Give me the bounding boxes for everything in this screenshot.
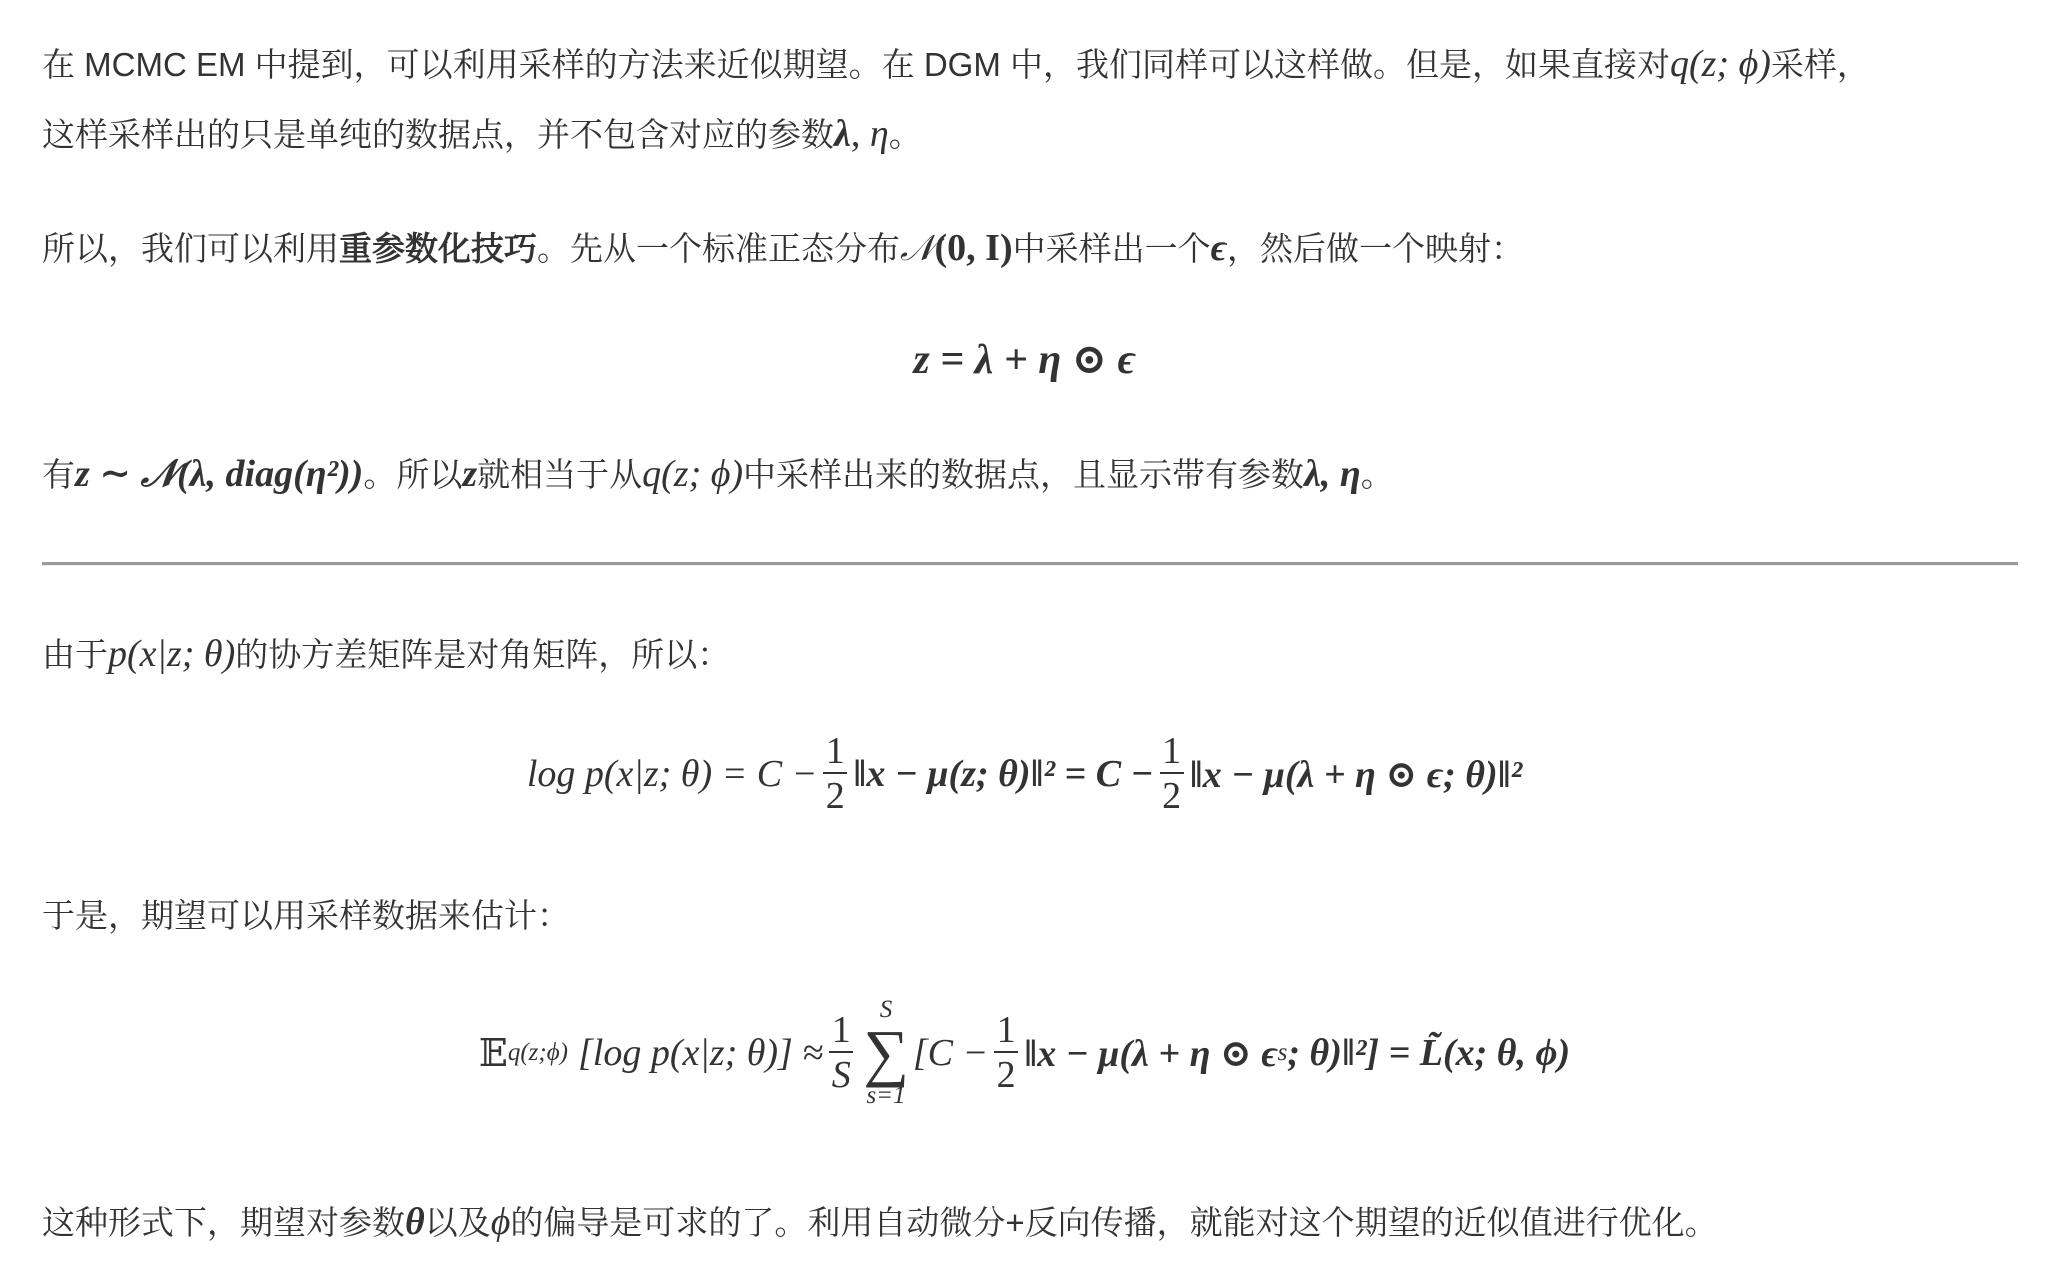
numerator: 1: [832, 1009, 851, 1051]
text: 。: [889, 116, 922, 153]
text: 由于: [42, 636, 108, 673]
math-bracket-C: [C −: [913, 1031, 988, 1075]
denominator: 2: [997, 1053, 1016, 1097]
math-log-p-lhs: log p(x|z; θ) = C −: [527, 752, 817, 796]
math-norm-mu-reparam: ‖x − μ(λ + η ⊙ ϵ; θ)‖²: [1190, 751, 1523, 797]
math-log-p-bracket: [log p(x|z; θ)] ≈: [578, 1031, 823, 1075]
sigma-icon: ∑: [863, 1025, 909, 1081]
math-subscript-s: s: [1278, 1039, 1288, 1067]
fraction-one-half: 1 2: [823, 730, 847, 818]
math-theta: θ: [405, 1201, 425, 1243]
text: 的偏导是可求的了。利用自动微分+反向传播，就能对这个期望的近似值进行优化。: [510, 1204, 1717, 1241]
math-eta: η: [870, 113, 889, 155]
math-subscript-q: q(z;ϕ): [508, 1039, 568, 1067]
math-lambda: λ: [834, 113, 851, 155]
math-zero-identity: (0, I): [935, 227, 1013, 269]
math-L-tilde: ; θ)‖²] = L̃(x; θ, ϕ): [1287, 1031, 1570, 1075]
summation: S ∑ s=1: [863, 995, 909, 1111]
math-z-sim-normal: z ∼ 𝒩(λ, diag(η²)): [75, 453, 363, 495]
text: 就相当于从: [477, 456, 642, 493]
text: 采样，: [1771, 46, 1870, 83]
text: 所以，我们可以利用: [42, 230, 339, 267]
paragraph-intro-line1: 在 MCMC EM 中提到，可以利用采样的方法来近似期望。在 DGM 中，我们同…: [42, 38, 1870, 91]
math-phi: ϕ: [491, 1201, 511, 1243]
text: 以及: [425, 1204, 491, 1241]
math-z: z: [462, 453, 477, 495]
numerator: 1: [826, 730, 845, 772]
denominator: 2: [1162, 774, 1181, 818]
text: 在 MCMC EM 中提到，可以利用采样的方法来近似期望。在 DGM 中，我们同…: [42, 46, 1670, 83]
text: 这种形式下，期望对参数: [42, 1204, 405, 1241]
numerator: 1: [1162, 730, 1181, 772]
text: 于是，期望可以用采样数据来估计：: [42, 897, 570, 934]
paragraph-optimization: 这种形式下，期望对参数θ以及ϕ的偏导是可求的了。利用自动微分+反向传播，就能对这…: [42, 1196, 1718, 1249]
text: 。: [1361, 456, 1394, 493]
text: 有: [42, 456, 75, 493]
text: ，然后做一个映射：: [1227, 230, 1524, 267]
math-norm-mu-z: ‖x − μ(z; θ)‖² = C −: [853, 752, 1153, 796]
denominator: 2: [826, 774, 845, 818]
paragraph-covariance: 由于p(x|z; θ)的协方差矩阵是对角矩阵，所以：: [42, 628, 730, 681]
math-lambda-eta: λ, η: [1304, 453, 1361, 495]
paragraph-z-distribution: 有z ∼ 𝒩(λ, diag(η²))。所以z就相当于从q(z; ϕ)中采样出来…: [42, 448, 1394, 501]
math-p-x-given-z-theta: p(x|z; θ): [108, 633, 235, 675]
paragraph-intro-line2: 这样采样出的只是单纯的数据点，并不包含对应的参数λ, η。: [42, 108, 922, 161]
text: 中采样出一个: [1013, 230, 1211, 267]
math-comma: ,: [851, 113, 870, 155]
bold-term-reparameterization: 重参数化技巧: [339, 230, 537, 267]
text: 。先从一个标准正态分布: [537, 230, 900, 267]
document: 在 MCMC EM 中提到，可以利用采样的方法来近似期望。在 DGM 中，我们同…: [0, 0, 2049, 1270]
equation-monte-carlo-estimate: 𝔼q(z;ϕ) [log p(x|z; θ)] ≈ 1 S S ∑ s=1 [C…: [0, 995, 2049, 1111]
paragraph-estimate: 于是，期望可以用采样数据来估计：: [42, 890, 570, 942]
math-norm-reparam: ‖x − μ(λ + η ⊙ ϵ: [1024, 1030, 1278, 1076]
sum-lower-limit: s=1: [866, 1081, 905, 1111]
text: 。所以: [363, 456, 462, 493]
equation-reparam-map: z = λ + η ⊙ ϵ: [0, 334, 2049, 384]
math-epsilon: ϵ: [1211, 227, 1227, 269]
fraction-one-half: 1 2: [1160, 730, 1184, 818]
numerator: 1: [997, 1009, 1016, 1051]
text: 的协方差矩阵是对角矩阵，所以：: [235, 636, 730, 673]
paragraph-reparam: 所以，我们可以利用重参数化技巧。先从一个标准正态分布𝒩(0, I)中采样出一个ϵ…: [42, 222, 1524, 275]
fraction-one-over-S: 1 S: [829, 1009, 853, 1097]
math-q-z-phi: q(z; ϕ): [1670, 43, 1771, 85]
text: 中采样出来的数据点，且显示带有参数: [743, 456, 1304, 493]
horizontal-divider: [42, 562, 2018, 566]
math-q-z-phi: q(z; ϕ): [642, 453, 743, 495]
text: 这样采样出的只是单纯的数据点，并不包含对应的参数: [42, 116, 834, 153]
denominator: S: [832, 1053, 851, 1097]
fraction-one-half: 1 2: [994, 1009, 1018, 1097]
math-normal-N: 𝒩: [900, 228, 935, 269]
equation-log-likelihood: log p(x|z; θ) = C − 1 2 ‖x − μ(z; θ)‖² =…: [0, 730, 2049, 818]
math-expectation-E: 𝔼: [479, 1031, 508, 1076]
math-z-equals-lambda-plus-eta-eps: z = λ + η ⊙ ϵ: [913, 337, 1135, 383]
